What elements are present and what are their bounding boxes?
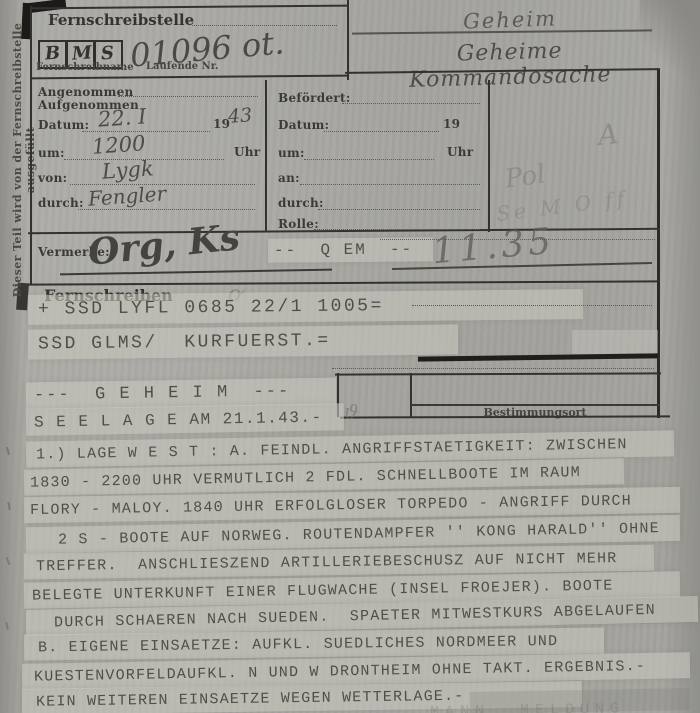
dotted-rule (380, 238, 655, 240)
forwarded-date-label: Datum: (278, 118, 329, 132)
form-border (30, 75, 348, 80)
form-border (30, 5, 348, 10)
classification-large: Geheime Kommandosache (361, 36, 658, 94)
form-border (657, 70, 660, 418)
telegram-form-scan: Dieser Teil wird von der Fernschreibstel… (0, 0, 700, 713)
forwarded-year-prefix: 19 (443, 117, 460, 131)
office-label: Fernschreibstelle (48, 11, 194, 29)
serial-label: Laufende Nr. (146, 61, 219, 72)
header-line1-strip: + SSD LYFL 0685 22/1 1005= (28, 289, 583, 325)
header-line1: + SSD LYFL 0685 22/1 1005= (28, 296, 384, 320)
forwarded-by-label: durch: (278, 196, 324, 210)
received-time-suffix: Uhr (234, 145, 260, 159)
subject-line-strip: S E E L A G E AM 21.1.43.- (26, 403, 344, 436)
forwarded-label: Befördert: (278, 91, 351, 105)
secret-line: --- G E H E I M --- (26, 382, 291, 405)
dotted-rule (412, 304, 652, 306)
header-line2: SSD GLMS/ KURFUERST.= (28, 331, 331, 355)
dotted-rule (332, 367, 654, 369)
dotted-rule (324, 130, 439, 132)
dotted-rule (318, 208, 480, 210)
pencil-note: A (596, 117, 620, 152)
body-line: 1830 - 2200 UHR VERMUTLICH 2 FDL. SCHNEL… (24, 464, 581, 492)
qem-strip: -- Q EM -- (268, 237, 433, 262)
pencil-note: Pol (503, 159, 547, 194)
received-time-label: um: (38, 146, 65, 160)
received-from-value: Lygk (101, 156, 154, 184)
received-year-value: 43 (227, 104, 253, 128)
forwarded-time-suffix: Uhr (447, 145, 473, 159)
forwarded-to-label: an: (278, 171, 300, 185)
body-line: KEIN WEITEREN EINSAETZE WEGEN WETTERLAGE… (22, 687, 465, 710)
received-by-label: durch: (38, 196, 84, 210)
form-border (30, 78, 32, 284)
form-border (347, 0, 349, 80)
heavy-rule (418, 353, 658, 361)
side-note-vertical: Dieser Teil wird von der Fernschreibstel… (11, 15, 27, 305)
qem-typed: -- Q EM -- (268, 240, 413, 259)
form-border (30, 6, 32, 78)
dotted-rule (304, 158, 434, 160)
pencil-mark: ϑ (342, 399, 359, 425)
received-by-value: Fengler (87, 181, 167, 210)
form-border (28, 280, 660, 285)
form-border (265, 80, 267, 232)
received-time-value: 1200 (91, 131, 146, 159)
received-date-value: 22. I (97, 104, 147, 131)
blank-strip (572, 330, 658, 354)
received-from-label: von: (38, 171, 67, 185)
remarks-handwritten: Org, Ks (86, 216, 242, 274)
dotted-rule (342, 102, 480, 104)
name-box-label: Fernschreibname (36, 62, 134, 73)
form-border (335, 372, 661, 375)
dotted-rule (118, 95, 258, 97)
body-line: FLORY - MALOY. 1840 UHR ERFOLGLOSER TORP… (24, 492, 632, 519)
body-line: 2 S - BOOTE AUF NORWEG. ROUTENDAMPFER ''… (26, 520, 660, 549)
dotted-rule (300, 183, 480, 185)
subject-line: S E E L A G E AM 21.1.43.- (26, 408, 323, 431)
body-line: TREFFER. ANSCHLIESZEND ARTILLERIEBESCHUS… (24, 550, 618, 575)
form-border (488, 80, 490, 232)
form-border (352, 29, 652, 34)
header-line2-strip: SSD GLMS/ KURFUERST.= (28, 324, 458, 359)
body-line: B. EIGENE EINSAETZE: AUFKL. SUEDLICHES N… (24, 633, 558, 657)
forwarded-role-label: Rolle: (278, 217, 319, 231)
forwarded-time-label: um: (278, 146, 305, 160)
cutoff-line: MANN MELDUNG (430, 700, 625, 713)
